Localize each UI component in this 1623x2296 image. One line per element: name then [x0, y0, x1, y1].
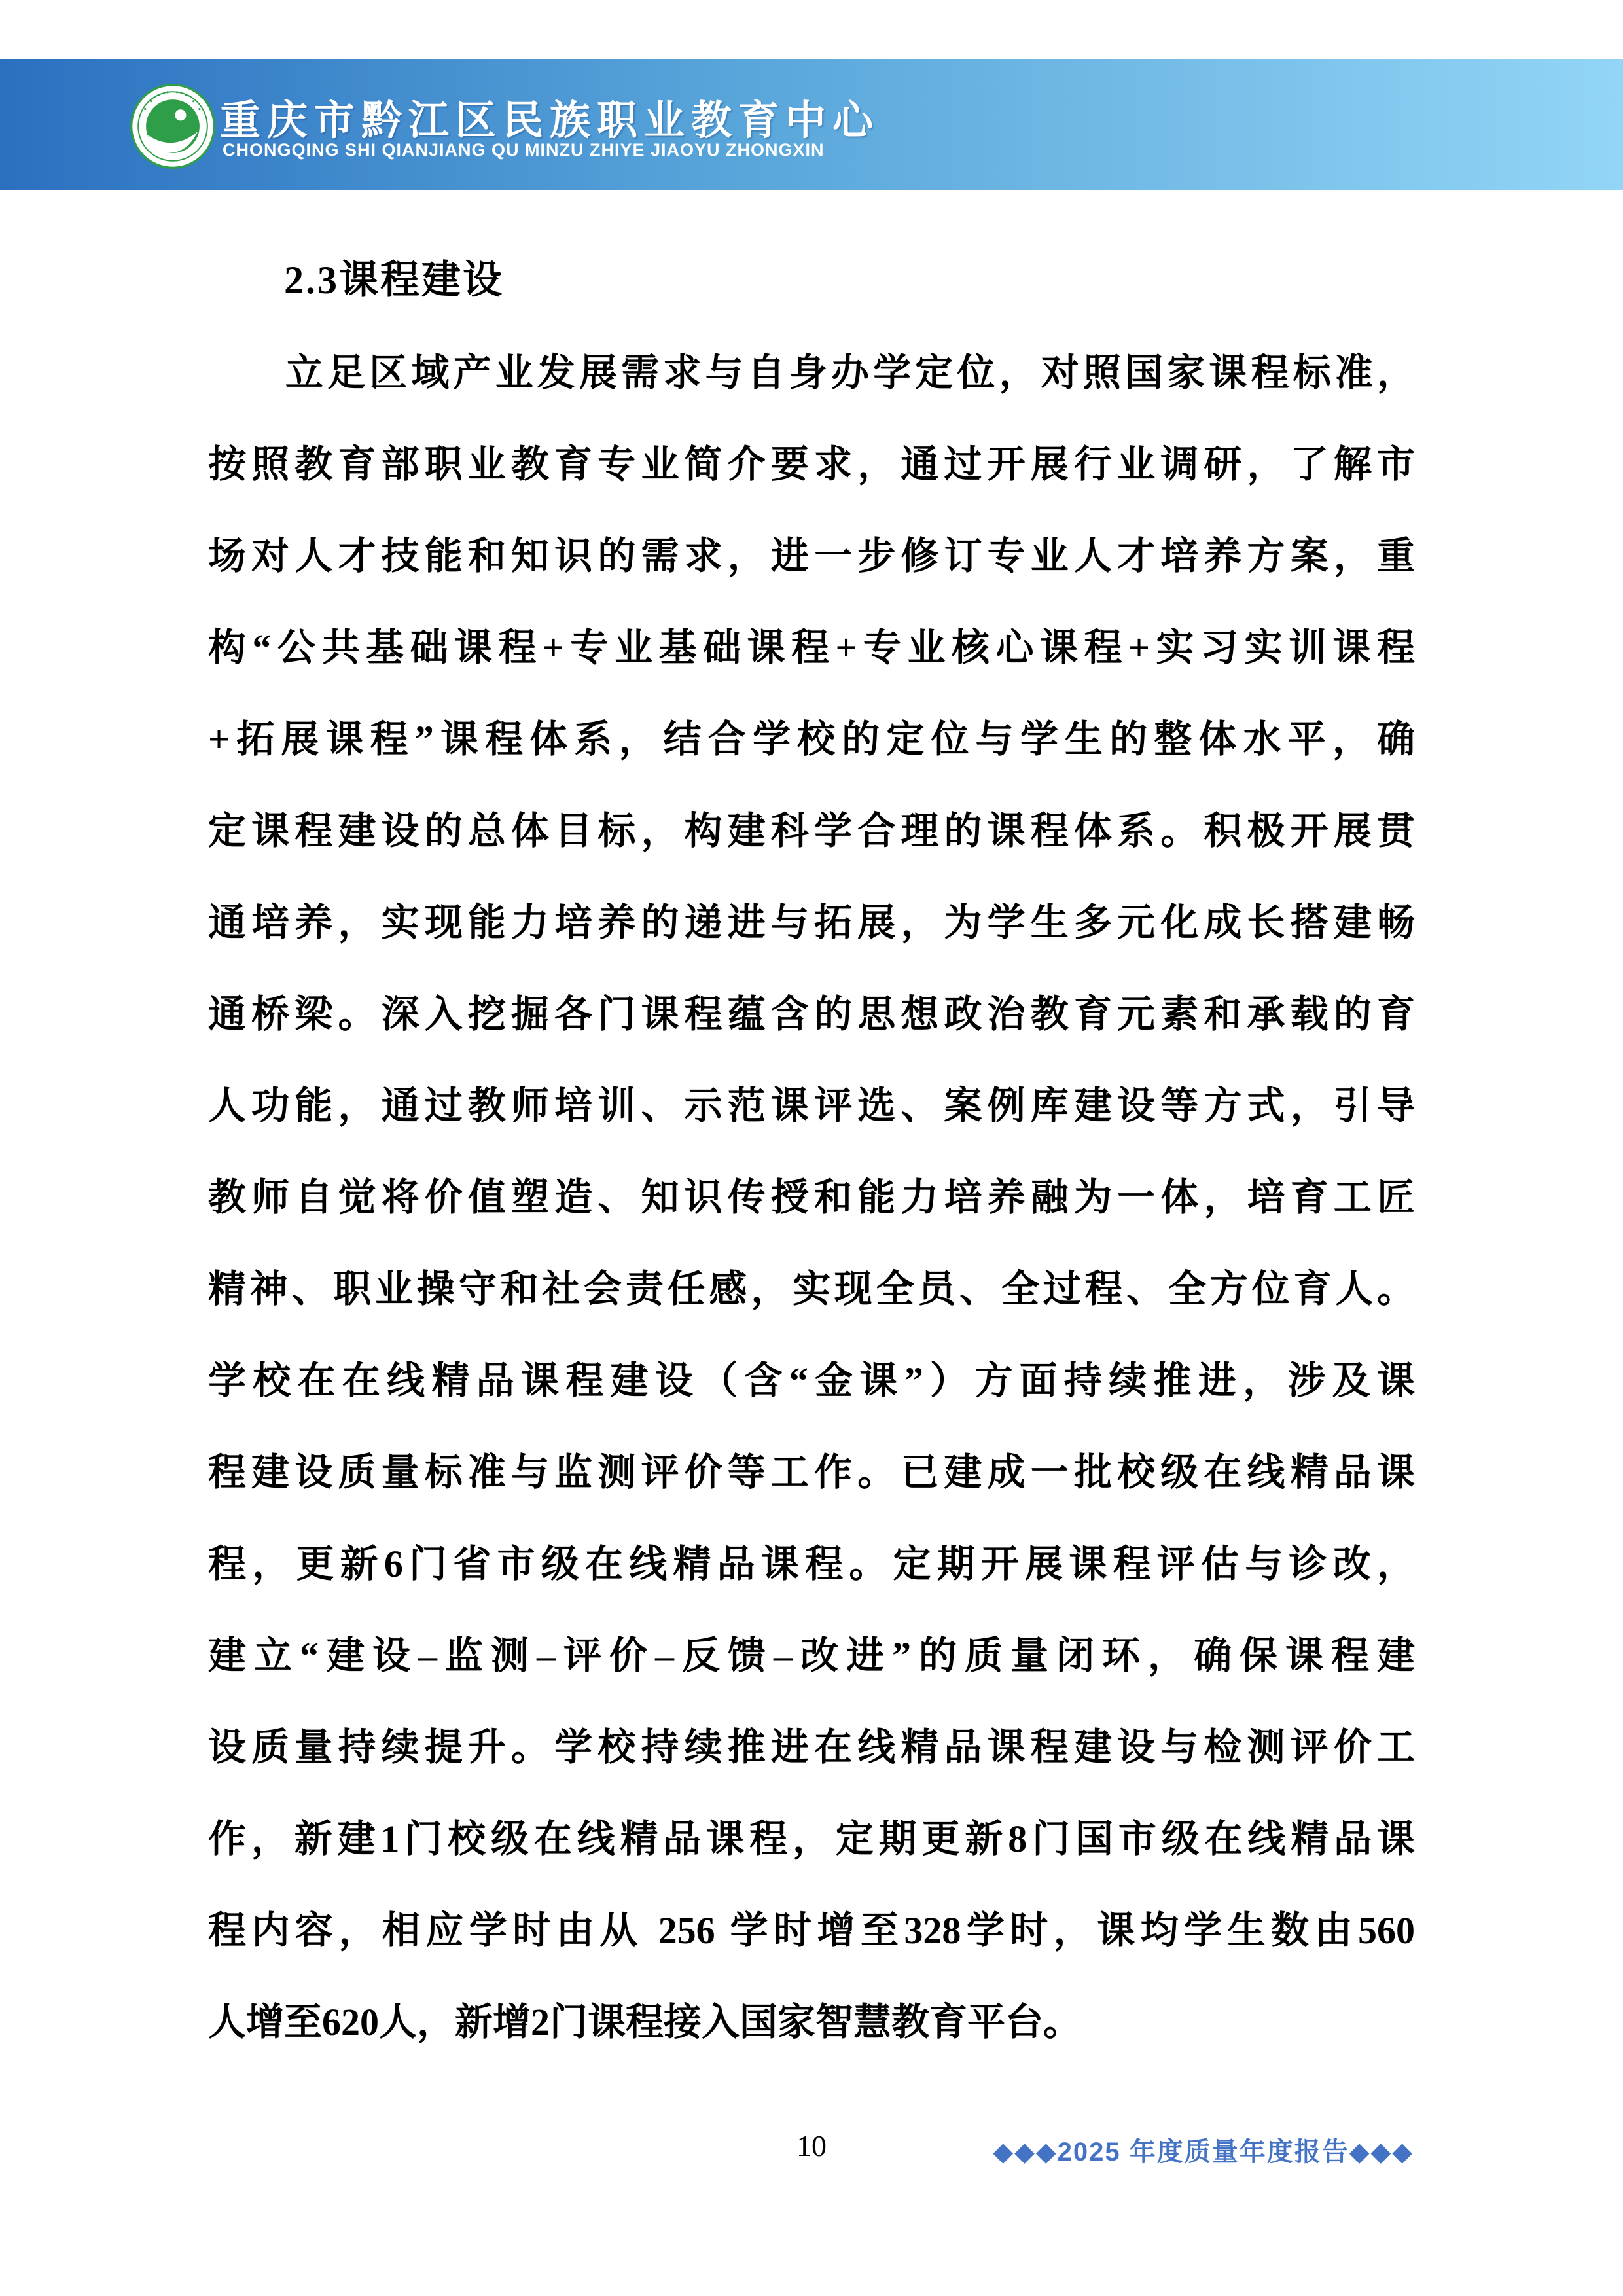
- paragraph-line: 设质量持续提升。学校持续推进在线精品课程建设与检测评价工: [208, 1702, 1415, 1793]
- paragraph-line: 程，更新6门省市级在线精品课程。定期开展课程评估与诊改，: [208, 1518, 1415, 1610]
- school-name-title: 重庆市黔江区民族职业教育中心: [220, 88, 880, 146]
- footer-report-title: ◆◆◆2025 年度质量年度报告◆◆◆: [993, 2131, 1414, 2168]
- paragraph-line: 定课程建设的总体目标，构建科学合理的课程体系。积极开展贯: [208, 785, 1415, 877]
- paragraph-line: 作，新建1门校级在线精品课程，定期更新8门国市级在线精品课: [208, 1793, 1415, 1885]
- paragraph-line: 人增至620人，新增2门课程接入国家智慧教育平台。: [208, 1977, 1415, 2068]
- school-emblem-graphic: [130, 83, 216, 170]
- school-name-pinyin: CHONGQING SHI QIANJIANG QU MINZU ZHIYE J…: [223, 140, 825, 160]
- paragraph-line: +拓展课程”课程体系，结合学校的定位与学生的整体水平，确: [208, 694, 1415, 785]
- document-page: 重庆市黔江区民族职业教育中心 CHONGQING SHI QIANJIANG Q…: [0, 0, 1623, 2296]
- paragraph-line: 学校在在线精品课程建设（含“金课”）方面持续推进，涉及课: [208, 1335, 1415, 1427]
- paragraph-line: 人功能，通过教师培训、示范课评选、案例库建设等方式，引导: [208, 1060, 1415, 1152]
- section-heading: 2.3课程建设: [284, 249, 504, 305]
- header-banner: 重庆市黔江区民族职业教育中心 CHONGQING SHI QIANJIANG Q…: [0, 59, 1623, 190]
- paragraph-line: 立足区域产业发展需求与自身办学定位，对照国家课程标准，: [208, 327, 1415, 419]
- paragraph-line: 通培养，实现能力培养的递进与拓展，为学生多元化成长搭建畅: [208, 877, 1415, 969]
- paragraph-line: 程内容，相应学时由从 256 学时增至328学时，课均学生数由560: [208, 1885, 1415, 1977]
- paragraph-line: 场对人才技能和知识的需求，进一步修订专业人才培养方案，重: [208, 511, 1415, 602]
- paragraph-line: 建立“建设–监测–评价–反馈–改进”的质量闭环，确保课程建: [208, 1610, 1415, 1702]
- paragraph-line: 精神、职业操守和社会责任感，实现全员、全过程、全方位育人。: [208, 1244, 1415, 1335]
- paragraph-line: 按照教育部职业教育专业简介要求，通过开展行业调研，了解市: [208, 419, 1415, 511]
- school-logo-icon: [130, 83, 216, 170]
- paragraph-line: 教师自觉将价值塑造、知识传授和能力培养融为一体，培育工匠: [208, 1152, 1415, 1244]
- body-paragraph: 立足区域产业发展需求与自身办学定位，对照国家课程标准， 按照教育部职业教育专业简…: [208, 327, 1415, 2068]
- paragraph-line: 通桥梁。深入挖掘各门课程蕴含的思想政治教育元素和承载的育: [208, 969, 1415, 1060]
- paragraph-line: 程建设质量标准与监测评价等工作。已建成一批校级在线精品课: [208, 1427, 1415, 1518]
- paragraph-line: 构“公共基础课程+专业基础课程+专业核心课程+实习实训课程: [208, 602, 1415, 694]
